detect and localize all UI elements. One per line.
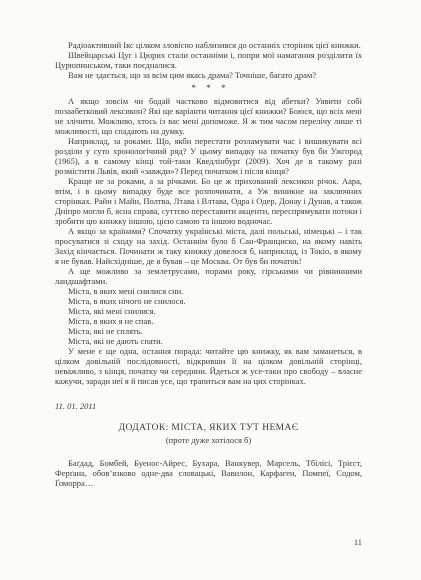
paragraph-by-rivers: Краще не за роками, а за річками. Бо це …: [55, 176, 362, 226]
paragraph-drama-question: Вам не здається, що за всім цим якась др…: [55, 70, 362, 80]
appendix-city-list: Баґдад, Бомбей, Буенос-Айрес, Бухара, Ва…: [55, 458, 362, 488]
paragraph-swiss-cities: Швейцарські Цуг і Цюрих стали останніми …: [55, 50, 362, 70]
page-number: 11: [55, 537, 362, 547]
book-page: Радіоактивний Ікс цілком зловісно наблиз…: [0, 0, 421, 580]
paragraph-by-earthquakes: А ще можливо за землетрусами, порами рок…: [55, 266, 362, 286]
paragraph-by-years: Наприклад, за роками. Що, якби перестати…: [55, 136, 362, 176]
asterisk-separator: * * *: [55, 83, 362, 93]
list-item-cities-keep-awake: Міста, які не дають спати.: [55, 336, 362, 346]
text-block: Радіоактивний Ікс цілком зловісно наблиз…: [55, 40, 362, 488]
paragraph-by-countries: А якщо за країнами? Спочатку українські …: [55, 226, 362, 266]
list-item-cities-dreams: Міста, в яких мені снилися сни.: [55, 286, 362, 296]
paragraph-radioactive-x: Радіоактивний Ікс цілком зловісно наблиз…: [55, 40, 362, 50]
appendix-subtitle: (проте дуже хотілося б): [55, 435, 362, 445]
date-line: 11. 01. 2011: [55, 401, 362, 411]
list-item-cities-sleepless: Міста, які не сплять.: [55, 326, 362, 336]
paragraph-alphabet: А якщо зовсім чи бодай частково відмовит…: [55, 96, 362, 136]
list-item-cities-no-sleep: Міста, в яких я не спав.: [55, 316, 362, 326]
appendix-title: ДОДАТОК: МІСТА, ЯКИХ ТУТ НЕМАЄ: [55, 423, 362, 434]
list-item-cities-no-dreams: Міста, в яких нічого не снилося.: [55, 296, 362, 306]
paragraph-final-advice: У мене є ще одна, остання порада: читайт…: [55, 346, 362, 386]
list-item-cities-dreamed: Міста, які мені снилися.: [55, 306, 362, 316]
